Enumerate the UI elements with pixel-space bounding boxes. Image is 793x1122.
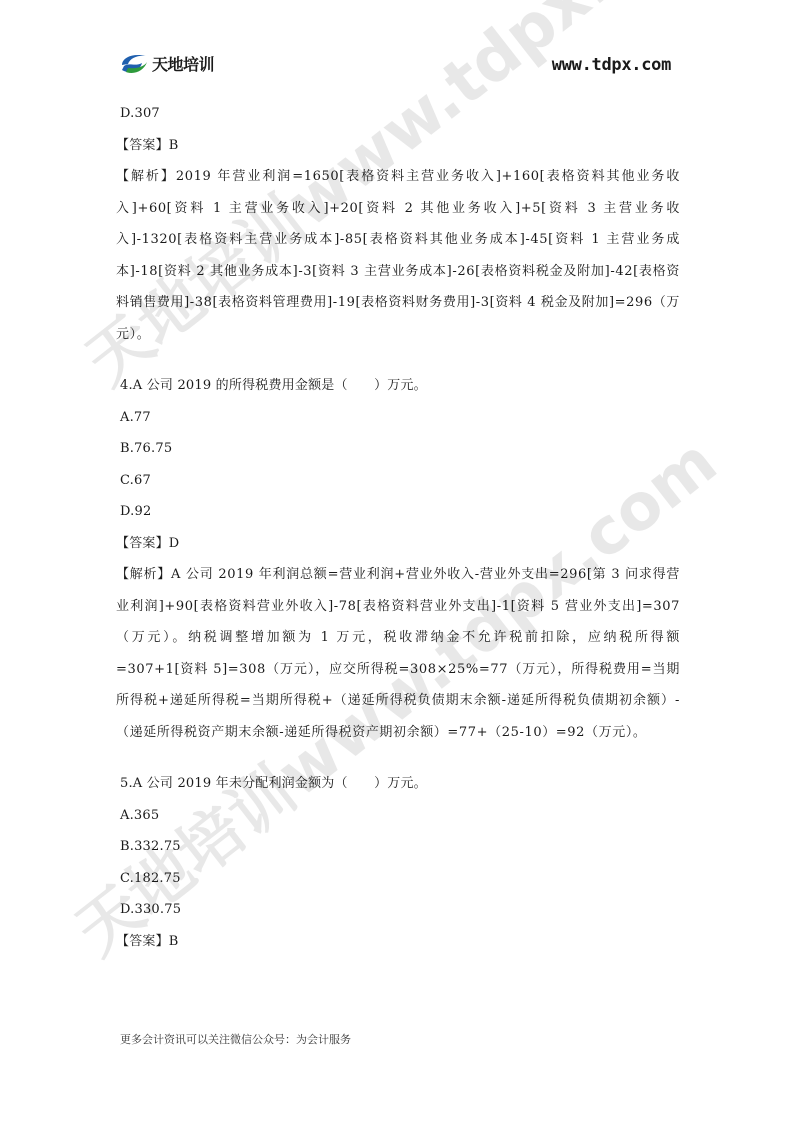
page-header: 天地培训 www.tdpx.com: [0, 0, 793, 90]
analysis: 【解析】2019 年营业利润=1650[表格资料主营业务收入]+160[表格资料…: [116, 161, 680, 350]
swirl-logo-icon: [120, 53, 148, 75]
option-b: B.332.75: [120, 831, 680, 863]
answer: 【答案】B: [116, 130, 680, 162]
footer-note: 更多会计资讯可以关注微信公众号：为会计服务: [120, 1031, 351, 1047]
option-a: A.365: [120, 800, 680, 832]
brand-logo: 天地培训: [120, 52, 214, 75]
site-url: www.tdpx.com: [552, 55, 671, 75]
logo-text: 天地培训: [152, 52, 214, 75]
option-a: A.77: [120, 402, 680, 434]
answer: 【答案】B: [116, 926, 680, 958]
option-b: B.76.75: [120, 433, 680, 465]
option-d: D.330.75: [120, 894, 680, 926]
question-4: 4.A 公司 2019 的所得税费用金额是（ ）万元。: [120, 370, 680, 402]
option-c: C.67: [120, 465, 680, 497]
option-d: D.307: [120, 98, 680, 130]
spacer: [120, 350, 680, 370]
answer: 【答案】D: [116, 528, 680, 560]
question-5: 5.A 公司 2019 年未分配利润金额为（ ）万元。: [120, 768, 680, 800]
analysis: 【解析】A 公司 2019 年利润总额=营业利润+营业外收入-营业外支出=296…: [116, 559, 680, 748]
spacer: [120, 748, 680, 768]
document-body: D.307 【答案】B 【解析】2019 年营业利润=1650[表格资料主营业务…: [120, 98, 680, 957]
option-d: D.92: [120, 496, 680, 528]
option-c: C.182.75: [120, 863, 680, 895]
